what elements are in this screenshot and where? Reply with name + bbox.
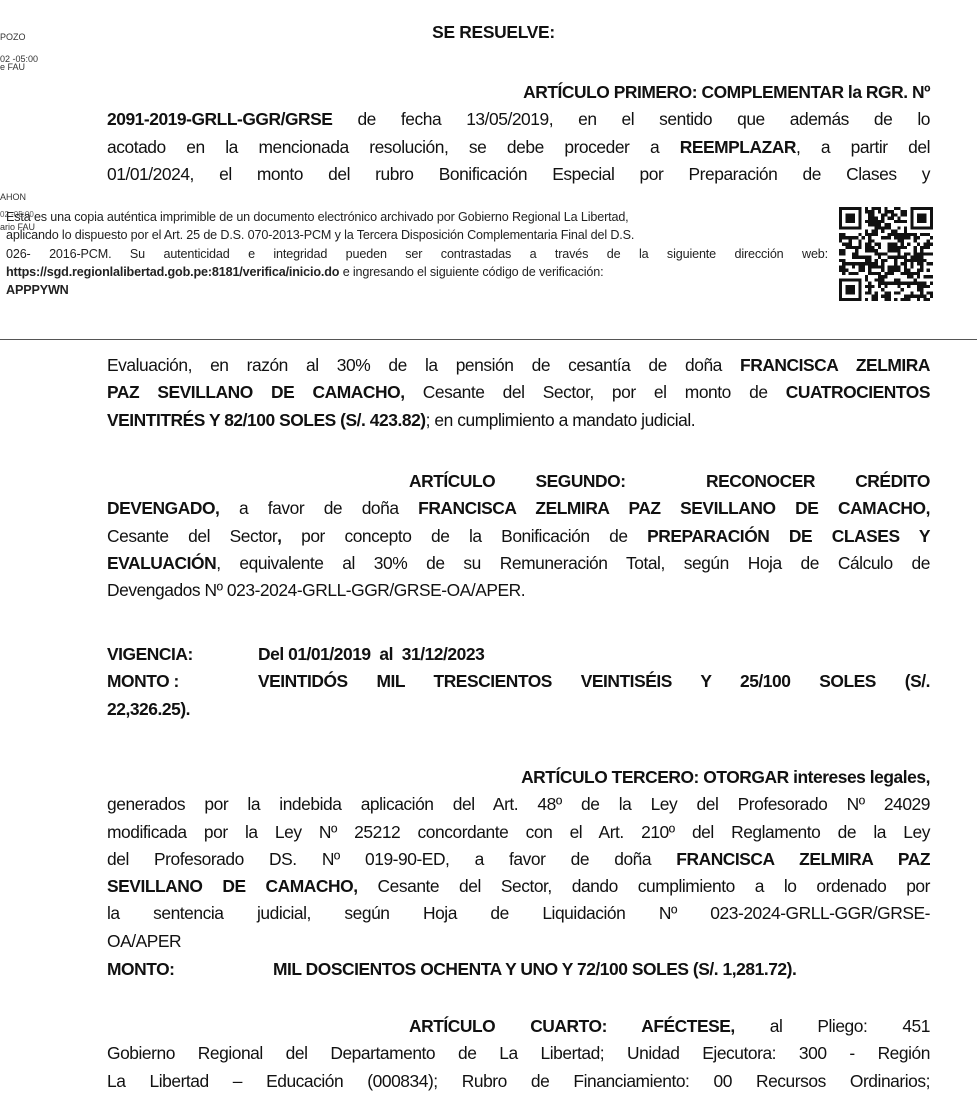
doc-line: Cesante del Sector, por concepto de la B…	[107, 523, 930, 550]
doc-line: 2091-2019-GRLL-GGR/GRSE de fecha 13/05/2…	[107, 106, 930, 133]
monto-row: MONTO: MIL DOSCIENTOS OCHENTA Y UNO Y 72…	[107, 956, 930, 983]
doc-line: ARTÍCULO CUARTO: AFÉCTESE, al Pliego: 45…	[107, 1013, 930, 1040]
doc-line: OA/APER	[107, 928, 930, 955]
doc-line: EVALUACIÓN, equivalente al 30% de su Rem…	[107, 550, 930, 577]
verification-code: APPPYWN	[6, 281, 828, 299]
articulo-segundo: ARTÍCULO SEGUNDO: RECONOCER CRÉDITO DEVE…	[107, 468, 930, 604]
banner-line-1: Esta es una copia auténtica imprimible d…	[6, 208, 828, 226]
doc-line: ARTÍCULO PRIMERO: COMPLEMENTAR la RGR. N…	[107, 79, 930, 106]
doc-line: del Profesorado DS. Nº 019-90-ED, a favo…	[107, 846, 930, 873]
monto-row: MONTO : VEINTIDÓS MIL TRESCIENTOS VEINTI…	[107, 668, 930, 695]
doc-line: ARTÍCULO TERCERO: OTORGAR intereses lega…	[107, 764, 930, 791]
doc-line: PAZ SEVILLANO DE CAMACHO, Cesante del Se…	[107, 379, 930, 406]
banner-line-3: 026- 2016-PCM. Su autenticidad e integri…	[6, 245, 828, 263]
doc-line: acotado en la mencionada resolución, se …	[107, 134, 930, 161]
doc-line: modificada por la Ley Nº 25212 concordan…	[107, 819, 930, 846]
doc-line: Evaluación, en razón al 30% de la pensió…	[107, 352, 930, 379]
doc-line: Gobierno Regional del Departamento de La…	[107, 1040, 930, 1067]
vigencia-row: VIGENCIA: Del 01/01/2019 al 31/12/2023	[107, 641, 930, 668]
doc-line: SEVILLANO DE CAMACHO, Cesante del Sector…	[107, 873, 930, 900]
signer-name-fragment: AHON	[0, 192, 35, 202]
verification-code-value: APPPYWN	[6, 283, 69, 297]
doc-line: VEINTITRÉS Y 82/100 SOLES (S/. 423.82); …	[107, 407, 930, 434]
doc-line: Devengados Nº 023-2024-GRLL-GGR/GRSE-OA/…	[107, 577, 930, 604]
articulo-segundo-amounts: VIGENCIA: Del 01/01/2019 al 31/12/2023 M…	[107, 641, 930, 723]
articulo-primero-continuation: Evaluación, en razón al 30% de la pensió…	[107, 352, 930, 434]
vigencia-label: VIGENCIA:	[107, 641, 258, 668]
monto-value: MIL DOSCIENTOS OCHENTA Y UNO Y 72/100 SO…	[273, 956, 796, 983]
monto-row-cont: 22,326.25).	[107, 696, 930, 723]
page-separator	[0, 339, 977, 340]
doc-line: generados por la indebida aplicación del…	[107, 791, 930, 818]
monto-value: VEINTIDÓS MIL TRESCIENTOS VEINTISÉIS Y 2…	[258, 668, 930, 695]
banner-line-4-tail: e ingresando el siguiente código de veri…	[339, 265, 603, 279]
monto-label: MONTO :	[107, 668, 258, 695]
articulo-cuarto: ARTÍCULO CUARTO: AFÉCTESE, al Pliego: 45…	[107, 1013, 930, 1095]
banner-line-4: https://sgd.regionlalibertad.gob.pe:8181…	[6, 263, 828, 281]
doc-line: La Libertad – Educación (000834); Rubro …	[107, 1068, 930, 1095]
doc-line: ARTÍCULO SEGUNDO: RECONOCER CRÉDITO	[107, 468, 930, 495]
monto-value-cont: 22,326.25).	[107, 696, 190, 723]
section-heading: SE RESUELVE:	[0, 22, 977, 43]
articulo-tercero-amount: MONTO: MIL DOSCIENTOS OCHENTA Y UNO Y 72…	[107, 956, 930, 983]
doc-line: la sentencia judicial, según Hoja de Liq…	[107, 900, 930, 927]
signature-date-fragment-1: 02 -05:00	[0, 54, 38, 64]
heading-text: SE RESUELVE:	[432, 22, 555, 42]
doc-line: 01/01/2024, el monto del rubro Bonificac…	[107, 161, 930, 188]
verification-banner: Esta es una copia auténtica imprimible d…	[6, 208, 828, 299]
qr-code-icon	[839, 207, 933, 301]
vigencia-value: Del 01/01/2019 al 31/12/2023	[258, 641, 484, 668]
banner-line-2: aplicando lo dispuesto por el Art. 25 de…	[6, 226, 828, 244]
articulo-primero: ARTÍCULO PRIMERO: COMPLEMENTAR la RGR. N…	[107, 79, 930, 188]
monto-label: MONTO:	[107, 956, 273, 983]
verification-url[interactable]: https://sgd.regionlalibertad.gob.pe:8181…	[6, 265, 339, 279]
articulo-tercero: ARTÍCULO TERCERO: OTORGAR intereses lega…	[107, 764, 930, 955]
doc-line: DEVENGADO, a favor de doña FRANCISCA ZEL…	[107, 495, 930, 522]
